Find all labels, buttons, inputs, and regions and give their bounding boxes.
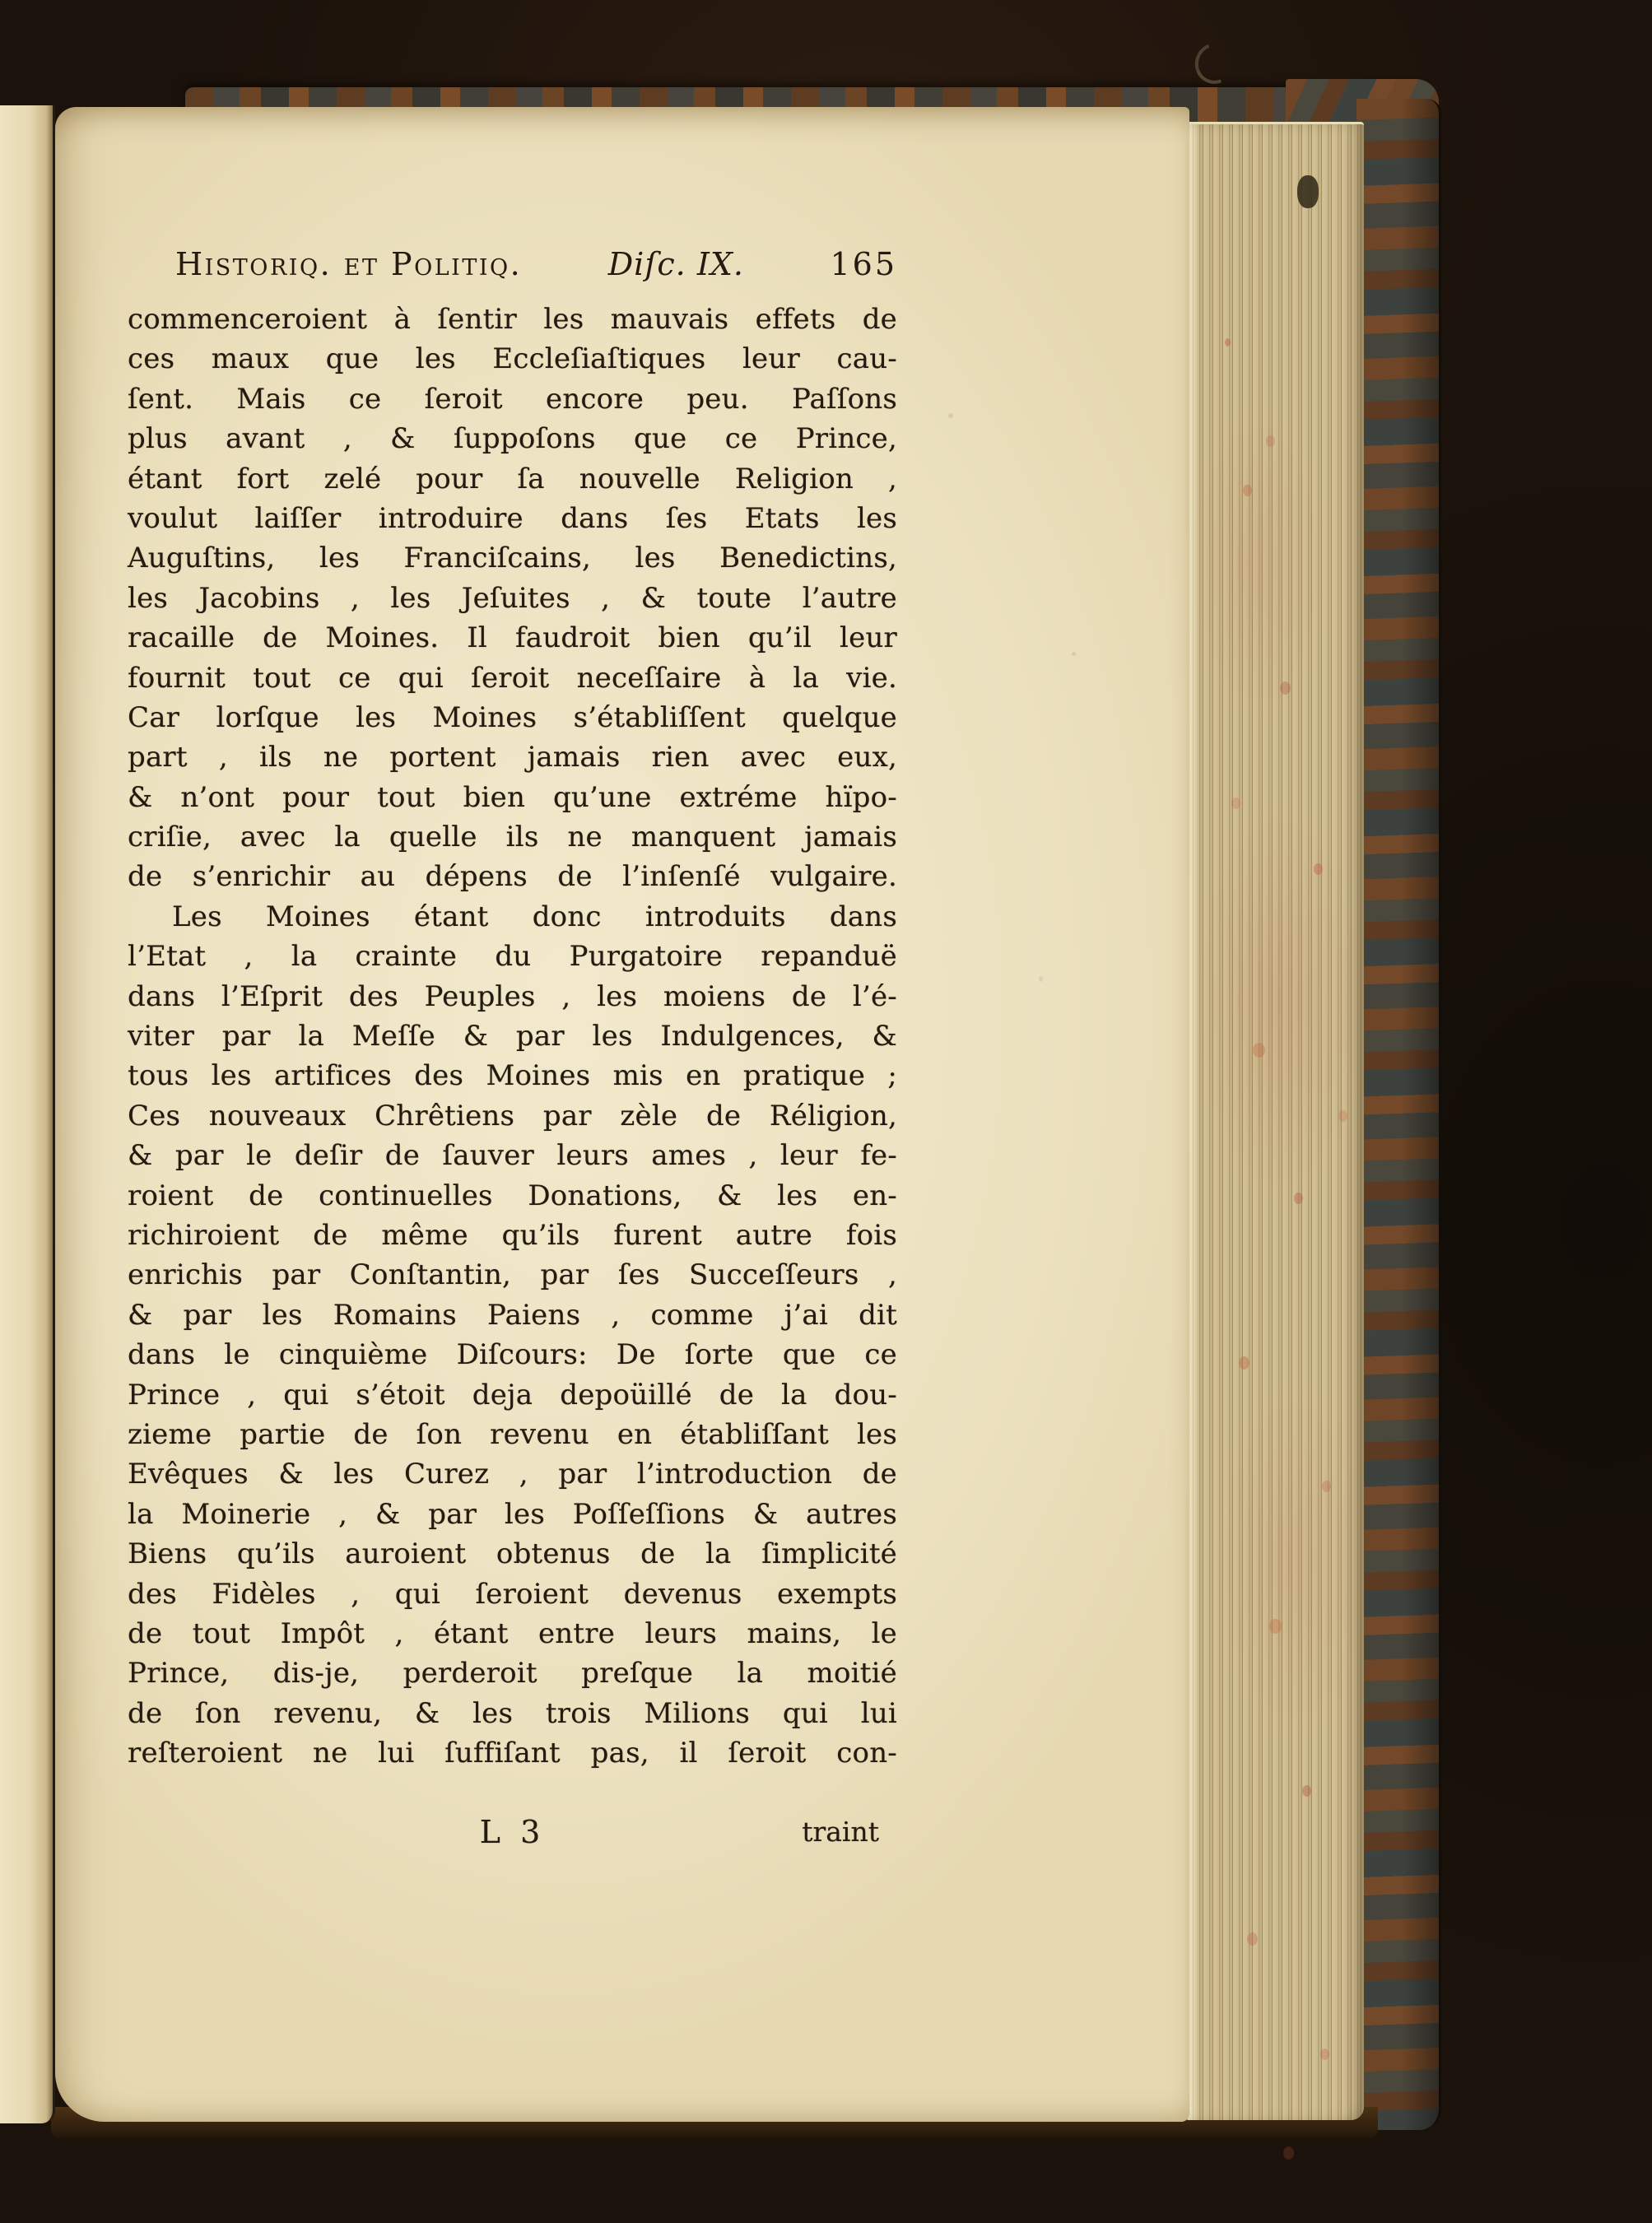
edge-dark-speck [1297,175,1319,208]
text-line: de s’enrichir au dépens de l’inſenſé vul… [128,857,897,896]
text-line: étant fort zelé pour ſa nouvelle Religio… [128,459,897,499]
header-discourse-label: Diſc. IX. [608,245,744,283]
text-line: Les Moines étant donc introduits dans [128,897,897,937]
text-line: ſent. Mais ce ſeroit encore peu. Paſſons [128,379,897,419]
dust-speck [1072,652,1076,656]
text-line: commenceroient à ſentir les mauvais effe… [128,300,897,339]
binding-marbled-side [1357,99,1441,2130]
text-line: dans l’Eſprit des Peuples , les moiens d… [128,977,897,1016]
facing-page-edge [0,105,55,2123]
text-line: ces maux que les Eccleſiaſtiques leur ca… [128,339,897,379]
foxing-speckles [1225,338,1231,346]
header-series-title: Historiq. et Politiq. [175,245,522,283]
catchword: traint [802,1807,879,1857]
text-line: viter par la Meſſe & par les Indulgences… [128,1016,897,1056]
dust-speck [948,413,953,418]
dust-speck [1039,976,1043,982]
text-line: racaille de Moines. Il faudroit bien qu’… [128,618,897,658]
text-line: tous les artifices des Moines mis en pra… [128,1056,897,1095]
dust-mark [1189,36,1241,90]
text-line: Biens qu’ils auroient obtenus de la ſimp… [128,1534,897,1574]
text-line: voulut laiſſer introduire dans ſes Etats… [128,499,897,538]
text-line: Car lorſque les Moines s’établiſſent que… [128,698,897,737]
text-line: richiroient de même qu’ils furent autre … [128,1216,897,1255]
signature-mark: L 3 [128,1807,897,1857]
text-line: plus avant , & ſuppoſons que ce Prince, [128,419,897,458]
text-line: & par les Romains Paiens , comme j’ai di… [128,1295,897,1335]
text-line: criſie, avec la quelle ils ne manquent j… [128,817,897,857]
text-line: roient de continuelles Donations, & les … [128,1176,897,1216]
text-line: l’Etat , la crainte du Purgatoire repand… [128,937,897,976]
text-line: enrichis par Conſtantin, par ſes Succeſſ… [128,1255,897,1295]
text-line: de ſon revenu, & les trois Milions qui l… [128,1694,897,1733]
text-line: & par le deſir de ſauver leurs ames , le… [128,1136,897,1175]
page-number: 165 [830,245,897,283]
text-line: les Jacobins , les Jeſuites , & toute l’… [128,579,897,618]
text-line: & n’ont pour tout bien qu’une extréme hï… [128,778,897,817]
photo-background: Historiq. et Politiq. Diſc. IX. 165 comm… [0,0,1652,2223]
text-line: reſteroient ne lui ſuffiſant pas, il ſer… [128,1733,897,1773]
text-line: zieme partie de ſon revenu en établiſſan… [128,1415,897,1454]
text-line: dans le cinquième Diſcours: De ſorte que… [128,1335,897,1374]
text-line: Prince, dis-je, perderoit preſque la moi… [128,1653,897,1693]
text-line: Auguſtins, les Franciſcains, les Benedic… [128,538,897,578]
text-line: Ces nouveaux Chrêtiens par zèle de Rélig… [128,1096,897,1136]
book-page: Historiq. et Politiq. Diſc. IX. 165 comm… [55,107,1189,2122]
text-line: de tout Impôt , étant entre leurs mains,… [128,1614,897,1653]
page-text-block: commenceroient à ſentir les mauvais effe… [128,300,897,1773]
running-header: Historiq. et Politiq. Diſc. IX. 165 [175,245,897,283]
text-line: Evêques & les Curez , par l’introduction… [128,1454,897,1494]
text-line: la Moinerie , & par les Poſſeſſions & au… [128,1495,897,1534]
text-line: Prince , qui s’étoit deja depoüillé de l… [128,1375,897,1415]
text-line: des Fidèles , qui ſeroient devenus exemp… [128,1574,897,1614]
text-line: part , ils ne portent jamais rien avec e… [128,737,897,777]
text-line: fournit tout ce qui ſeroit neceſſaire à … [128,658,897,698]
page-block-fore-edge [1187,122,1364,2120]
signature-line: L 3 traint [128,1807,897,1865]
